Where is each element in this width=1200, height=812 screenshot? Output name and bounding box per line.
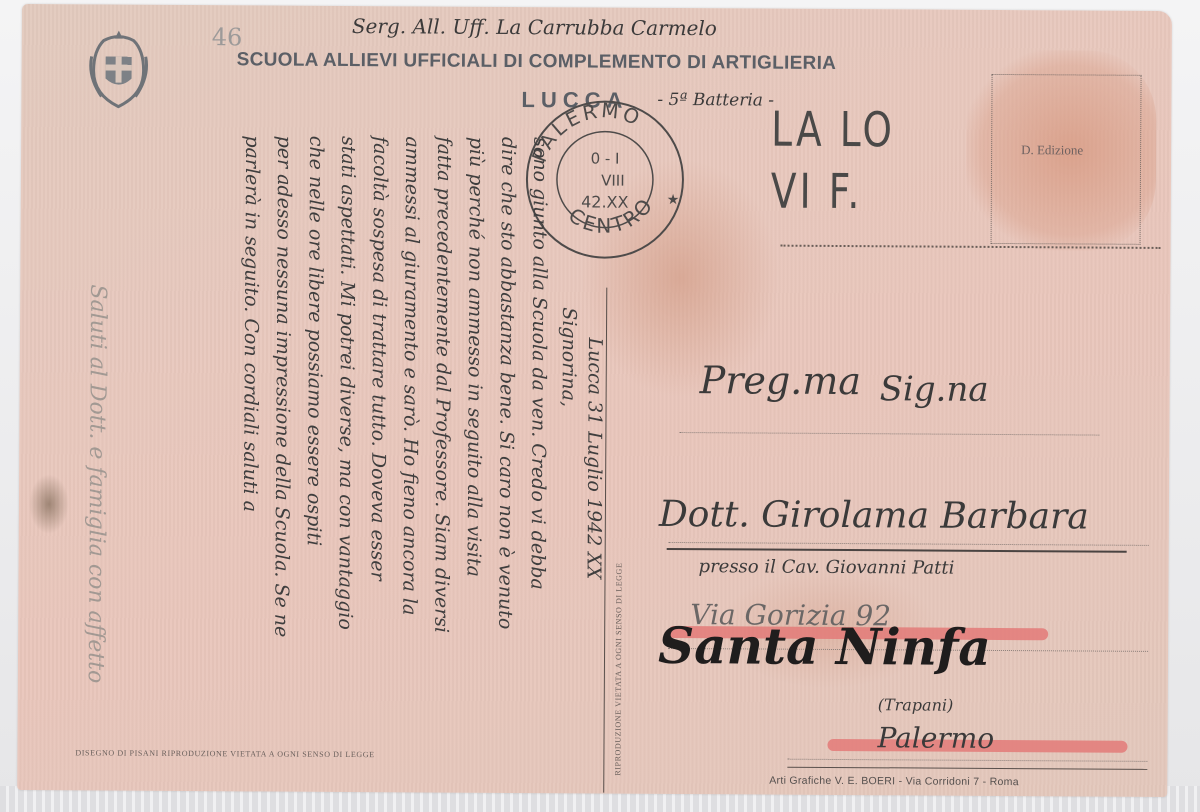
message-line: Signorina, — [558, 307, 581, 407]
message-line: facoltà sospesa di trattare tutto. Dovev… — [366, 136, 391, 581]
printer-rule — [787, 767, 1147, 770]
struck-city: Palermo — [877, 721, 994, 755]
message-date: Lucca 31 Luglio 1942 XX — [582, 337, 605, 579]
vertical-legal-note: RIPRODUZIONE VIETATA A OGNI SENSO DI LEG… — [613, 563, 623, 776]
redirect-town: Santa Ninfa — [658, 616, 991, 677]
stamp-box-text: D. Edizione — [1021, 142, 1083, 158]
printer-credit: Arti Grafiche V. E. BOERI - Via Corridon… — [769, 775, 1019, 789]
message-line: fatta precedentemente dal Professore. Si… — [430, 137, 455, 634]
message-line: dire che sto abbastanza bene. Si caro no… — [494, 137, 519, 629]
salutation-1: Preg.ma — [700, 358, 862, 403]
message-line: che nelle ore libere possiamo essere osp… — [303, 136, 328, 546]
slogan-line-1: LA LO — [771, 99, 895, 162]
address-line — [669, 542, 1149, 546]
handwritten-message: Lucca 31 Luglio 1942 XX Signorina, sono … — [37, 104, 601, 767]
slogan-line-2: VI F. — [771, 161, 895, 224]
message-line: più perché non ammesso in seguito alla v… — [463, 137, 488, 577]
postcard: 46 Serg. All. Uff. La Carrubba Carmelo S… — [17, 4, 1172, 797]
postmark-month: VIII — [601, 172, 625, 190]
address-line — [679, 432, 1099, 436]
address-line — [787, 759, 1147, 762]
message-line: per adesso nessuna impressione della Scu… — [270, 136, 295, 638]
pencil-margin-note: Saluti al Dott. e famiglia con affetto — [83, 284, 110, 683]
message-line: stati aspettati. Mi potrei diverse, ma c… — [334, 136, 359, 630]
salutation-2: Sig.na — [880, 369, 989, 410]
message-line: parlerà in seguito. Con cordiali saluti … — [239, 135, 263, 512]
star-icon: ★ — [667, 191, 680, 207]
name-underline — [667, 548, 1127, 553]
redirect-province: (Trapani) — [878, 695, 954, 714]
message-line: ammessi al giuramento e sarò. Ho fieno a… — [398, 136, 423, 615]
institution-name: SCUOLA ALLIEVI UFFICIALI DI COMPLEMENTO … — [237, 49, 837, 75]
slogan-cancel: LA LO VI F. — [771, 99, 896, 224]
sender-name: Serg. All. Uff. La Carrubba Carmelo — [352, 14, 717, 40]
savoy-crest-icon — [83, 26, 154, 112]
recipient-name: Dott. Girolama Barbara — [659, 494, 1089, 538]
message-line: sono giunto alla Scuola da ven. Credo vi… — [526, 137, 551, 590]
stamp-box — [991, 74, 1142, 245]
care-of: presso il Cav. Giovanni Patti — [699, 556, 955, 579]
pencil-note: 46 — [212, 23, 243, 51]
